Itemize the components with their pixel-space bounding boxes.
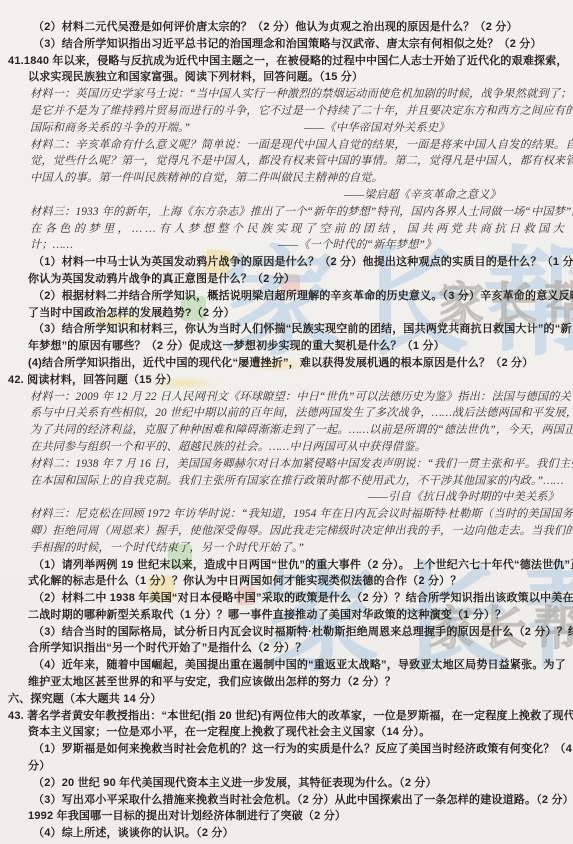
material-line: 材料一：英国历史学家马士说：“当中国人实行一种激烈的禁烟运动而使危机加剧的时候，…	[0, 86, 573, 103]
material-line: 计；…… ——《一个时代的“新年梦想”》	[0, 237, 573, 254]
sub-question-line: （4）近年来，随着中国崛起，美国提出重在遏制中国的“重返亚太战略”，导致亚太地区…	[0, 657, 573, 674]
material-line: 卿）拒绝同周（周恩来）握手，使他深受侮辱。因此我走完梯级时决定伸出我的手，一边向…	[0, 523, 573, 540]
sub-question-line: 你认为英国发动鸦片战争的真正意图是什么？（2 分）	[0, 271, 573, 288]
sub-question-line: （3）写出邓小平采取什么措施来挽救当时社会危机。（2 分）从此中国探索出了一条怎…	[0, 792, 573, 809]
section-heading: 六、探究题（本大题共 14 分）	[0, 691, 573, 708]
question-41: 41.1840 年以来，侵略与反抗成为近代中国主题之一，在被侵略的过程中中国仁人…	[0, 53, 573, 70]
sub-question-line: 1992 年我国哪一目标的提出对计划经济体制进行了突破（2 分）	[0, 808, 573, 825]
material-line: 在本国和国际上的自我克制。我们主张所有国家在推行政策时都不使用武力，不干涉其他国…	[0, 473, 573, 490]
source-attribution: ——梁启超《辛亥革命之意义》	[0, 187, 573, 204]
material-line: 材料二：辛亥革命有什么意义呢？简单说：一面是现代中国人自觉的结果，一面是将来中国…	[0, 137, 573, 154]
sub-question-line: （1）请列举两例 19 世纪末以来，造成中日两国“世仇”的重大事件（2 分）。 …	[0, 557, 573, 574]
question-43-line: 资本主义国家；一位是邓小平，在一定程度上挽救了现代社会主义国家（14 分）。	[0, 724, 573, 741]
material-line: 材料三：1933 年的新年，上海《东方杂志》推出了一个“新年的梦想”特刊，国内各…	[0, 204, 573, 221]
sub-question-line: 二战时期的哪种新型关系取代（1 分）？哪一事件直接推动了美国对华政策的这种演变（…	[0, 607, 573, 624]
material-line: 中国人的事。第一件叫民族精神的自觉，第二件叫做民主精神的自觉。	[0, 170, 573, 187]
material-line: 是它并不是为了维持鸦片贸易而进行的斗争，它不过是一个持续了二十年，并且要决定东方…	[0, 103, 573, 120]
material-line: 材料三：尼克松在回顾 1972 年访华时说：“我知道，1954 年在日内瓦会议时…	[0, 506, 573, 523]
sub-question-line: （3）结合所学知识指出习近平总书记的治国理念和治国策略与汉武帝、唐太宗有何相似之…	[0, 36, 573, 53]
sub-question-line: （3）结合当时的国际格局，试分析日内瓦会议时福斯特·杜勒斯拒绝周恩来总理握手的原…	[0, 624, 573, 641]
question-43: 43. 著名学者黄安年教授指出：“本世纪(指 20 世纪)有两位伟大的改革家，一…	[0, 708, 573, 725]
sub-question-line: 年梦想”的原因有哪些？（2 分）促成这一梦想初步实现的重大契机是什么？（1 分）	[0, 338, 573, 355]
sub-question-line: （3）结合所学知识和材料三，你认为当时人们怀揣“民族实现空前的团结，国共两党共商…	[0, 321, 573, 338]
sub-question-line: （2）根据材料二并结合所学知识，概括说明梁启超所理解的辛亥革命的历史意义。（3 …	[0, 288, 573, 305]
material-line: 材料一：2009 年 12 月 22 日人民网刊文《环球瞭望：中日“世仇”可以法…	[0, 389, 573, 406]
exam-text: （2）材料二元代吴澄是如何评价唐太宗的？（2 分）他认为贞观之治出现的原因是什么…	[0, 0, 573, 842]
sub-question-line: (4)结合所学知识指出，近代中国的现代化“屡遭挫折”，难以获得发展机遇的根本原因…	[0, 355, 573, 372]
source-attribution: ——引自《抗日战争时期的中美关系》	[0, 489, 573, 506]
sub-question-line: 维护亚太地区甚至世界的和平与安定，我们应该做出怎样的努力（2 分）？	[0, 674, 573, 691]
sub-question-line: 式化解的标志是什么（1 分）？你认为中日两国如何才能实现类似法德的合作（2 分）…	[0, 573, 573, 590]
sub-question-line: 了当时中国政治怎样的发展趋势?（2 分）	[0, 305, 573, 322]
question-41-line: 以求实现民族独立和国家富强。阅读下列材料，回答问题。（15 分）	[0, 69, 573, 86]
material-line: 手相握的时候，一个时代结束了，另一个时代开始了。”	[0, 540, 573, 557]
sub-question-line: （4）综上所述，谈谈你的认识。（2 分）	[0, 825, 573, 842]
material-line: 系与中日关系有些相似，20 世纪中期以前的百年间，法德两国发生了多次战争，……战…	[0, 405, 573, 422]
sub-question-line: （2）材料二中 1938 年美国“对日本侵略中国”采取的政策是什么（2 分）？结…	[0, 590, 573, 607]
sub-question-line: （1）材料一中马士认为英国发动鸦片战争的原因是什么？（2 分）他提出这种观点的实…	[0, 254, 573, 271]
sub-question-line: （1）罗斯福是如何来挽救当时社会危机的？这一行为的实质是什么？反应了美国当时经济…	[0, 741, 573, 758]
material-line: 国际和商务关系的斗争的开端。” ——《中华帝国对外关系史》	[0, 120, 573, 137]
sub-question-line: 分）	[0, 758, 573, 775]
material-line: 在各色的梦里，……有人梦想整个民族实现了空前的团结，国共两党共商抗日救国大	[0, 221, 573, 238]
question-42: 42. 阅读材料，回答问题（15 分）	[0, 372, 573, 389]
exam-sheet: 家长帮 家长帮 家长帮 家长帮 （2）材料二元代吴澄是如何评价唐太宗的？（2 分…	[0, 0, 573, 844]
sub-question-line: 合所学知识指出“另一个时代开始了”是指什么（2 分）？	[0, 640, 573, 657]
material-line: 在共同参与组织一个和平的、超越民族的社会。……中日两国可从中获得借鉴。	[0, 439, 573, 456]
material-line: 觉，觉些什么呢？第一，觉得凡不是中国人，都没有权来管中国的事情。第二，觉得凡是中…	[0, 153, 573, 170]
material-line: 为了共同的经济利益，克服了种种困难和障碍渐渐走到了一起。……以前是所谓的“德法世…	[0, 422, 573, 439]
sub-question-line: （2）20 世纪 90 年代美国现代资本主义进一步发展，其特征表现为什么。（2 …	[0, 775, 573, 792]
sub-question-line: （2）材料二元代吴澄是如何评价唐太宗的？（2 分）他认为贞观之治出现的原因是什么…	[0, 19, 573, 36]
material-line: 材料二：1938 年 7 月 16 日，美国国务卿赫尔对日本加紧侵略中国发表声明…	[0, 456, 573, 473]
